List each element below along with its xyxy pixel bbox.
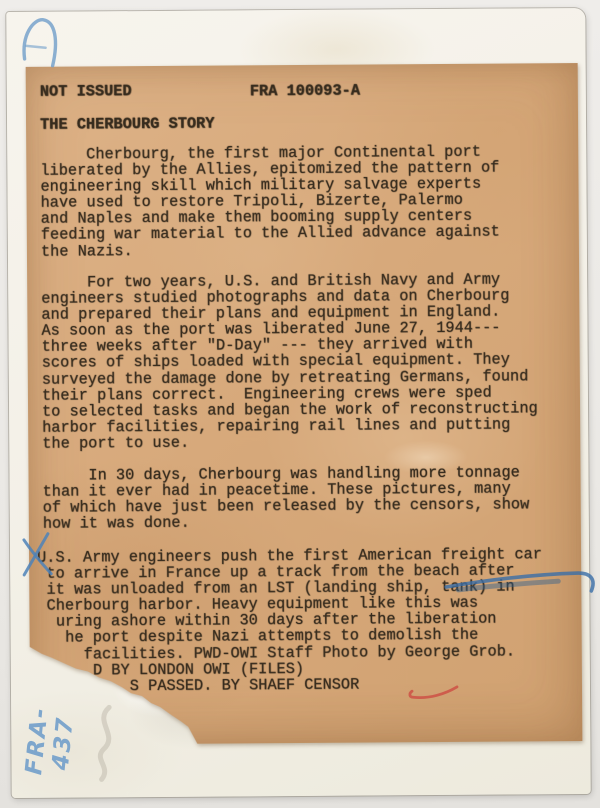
paragraph-tonnage: In 30 days, Cherbourg was handling more …	[42, 464, 529, 532]
not-issued-stamp: NOT ISSUED	[40, 83, 132, 100]
photo-number: FRA 100093-A	[250, 83, 360, 100]
blue-strikethrough-mark	[438, 558, 600, 601]
caption-paper: NOT ISSUED FRA 100093-A THE CHERBOURG ST…	[26, 63, 583, 745]
scan-background: { "document": { "stamp": "NOT ISSUED", "…	[0, 0, 600, 808]
caption-paper-shadow: NOT ISSUED FRA 100093-A THE CHERBOURG ST…	[26, 63, 583, 745]
archive-number-handwritten: FRA-437	[19, 685, 60, 797]
paragraph-engineers: For two years, U.S. and British Navy and…	[41, 271, 538, 451]
photo-backing: NOT ISSUED FRA 100093-A THE CHERBOURG ST…	[6, 8, 590, 798]
handwritten-letter-a-mark	[18, 15, 68, 71]
paragraph-liberated-port: Cherbourg, the first major Continental p…	[40, 144, 500, 260]
handwritten-x-mark	[18, 530, 58, 580]
document-title: THE CHERBOURG STORY	[40, 116, 215, 133]
pencil-scribble	[87, 703, 128, 783]
red-check-mark	[405, 683, 463, 707]
